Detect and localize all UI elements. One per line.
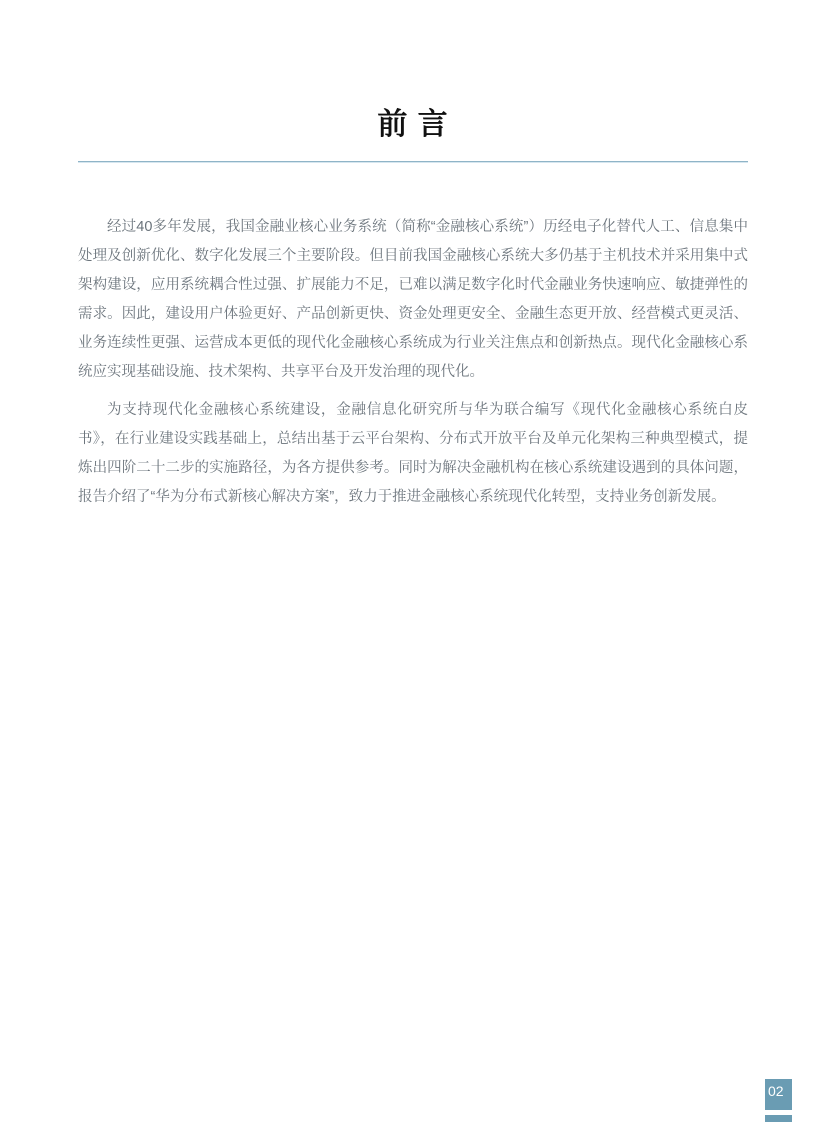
preface-paragraph-2: 为支持现代化金融核心系统建设，金融信息化研究所与华为联合编写《现代化金融核心系统… <box>78 396 748 512</box>
page-title: 前 言 <box>0 0 826 144</box>
page-number-strip <box>765 1115 792 1122</box>
preface-paragraph-1: 经过40多年发展，我国金融业核心业务系统（简称“金融核心系统”）历经电子化替代人… <box>78 213 748 387</box>
title-divider <box>78 161 748 163</box>
preface-body: 经过40多年发展，我国金融业核心业务系统（简称“金融核心系统”）历经电子化替代人… <box>78 213 748 512</box>
document-page: 前 言 经过40多年发展，我国金融业核心业务系统（简称“金融核心系统”）历经电子… <box>0 0 826 1122</box>
page-number-badge: 02 <box>765 1079 792 1110</box>
